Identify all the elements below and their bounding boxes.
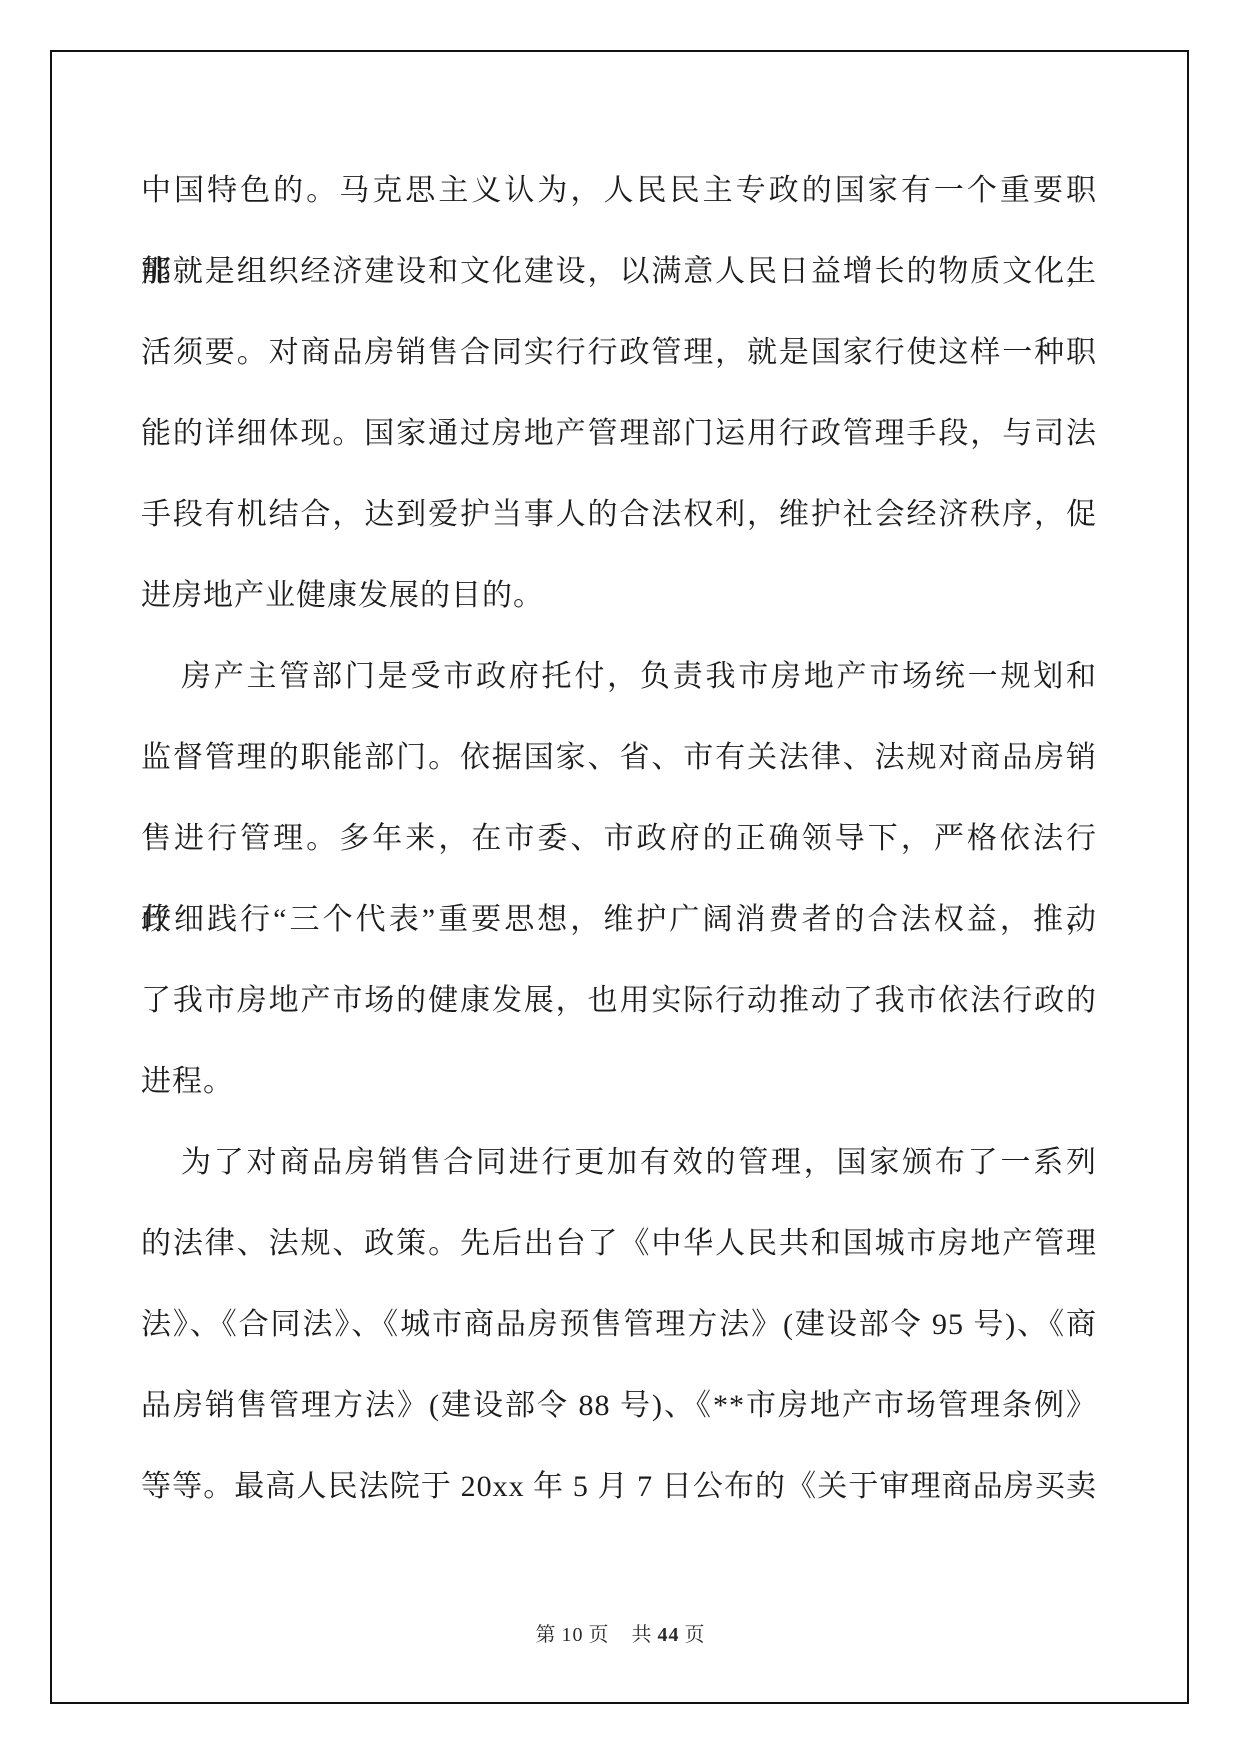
text-line: 进房地产业健康发展的目的。	[141, 555, 1097, 636]
text-line: 中国特色的。马克思主义认为，人民民主专政的国家有一个重要职能，	[141, 150, 1097, 231]
text-line: 仔细践行“三个代表”重要思想，维护广阔消费者的合法权益，推动	[141, 879, 1097, 960]
footer-page-label: 第	[536, 1624, 557, 1646]
text-line: 等等。最高人民法院于 20xx 年 5 月 7 日公布的《关于审理商品房买卖	[141, 1446, 1097, 1527]
text-line: 的法律、法规、政策。先后出台了《中华人民共和国城市房地产管理	[141, 1203, 1097, 1284]
text-line: 进程。	[141, 1041, 1097, 1122]
footer-page-unit: 页	[589, 1624, 610, 1646]
footer-total-unit: 页	[685, 1624, 706, 1646]
text-line: 为了对商品房销售合同进行更加有效的管理，国家颁布了一系列	[141, 1122, 1097, 1203]
footer-total-number: 44	[658, 1624, 680, 1646]
footer-total-label: 共	[632, 1624, 653, 1646]
text-line: 售进行管理。多年来，在市委、市政府的正确领导下，严格依法行政，	[141, 798, 1097, 879]
text-line: 手段有机结合，达到爱护当事人的合法权利，维护社会经济秩序，促	[141, 474, 1097, 555]
text-line: 法》、《合同法》、《城市商品房预售管理方法》(建设部令 95 号)、《商	[141, 1284, 1097, 1365]
text-line: 能的详细体现。国家通过房地产管理部门运用行政管理手段，与司法	[141, 393, 1097, 474]
page-footer: 第10页共44页	[0, 1620, 1241, 1650]
text-line: 品房销售管理方法》(建设部令 88 号)、《**市房地产市场管理条例》	[141, 1365, 1097, 1446]
text-line: 那就是组织经济建设和文化建设，以满意人民日益增长的物质文化生	[141, 231, 1097, 312]
footer-page-number: 10	[562, 1624, 584, 1646]
body-text: 中国特色的。马克思主义认为，人民民主专政的国家有一个重要职能，那就是组织经济建设…	[141, 150, 1097, 1527]
text-line: 房产主管部门是受市政府托付，负责我市房地产市场统一规划和	[141, 636, 1097, 717]
text-line: 监督管理的职能部门。依据国家、省、市有关法律、法规对商品房销	[141, 717, 1097, 798]
text-line: 了我市房地产市场的健康发展，也用实际行动推动了我市依法行政的	[141, 960, 1097, 1041]
text-line: 活须要。对商品房销售合同实行行政管理，就是国家行使这样一种职	[141, 312, 1097, 393]
